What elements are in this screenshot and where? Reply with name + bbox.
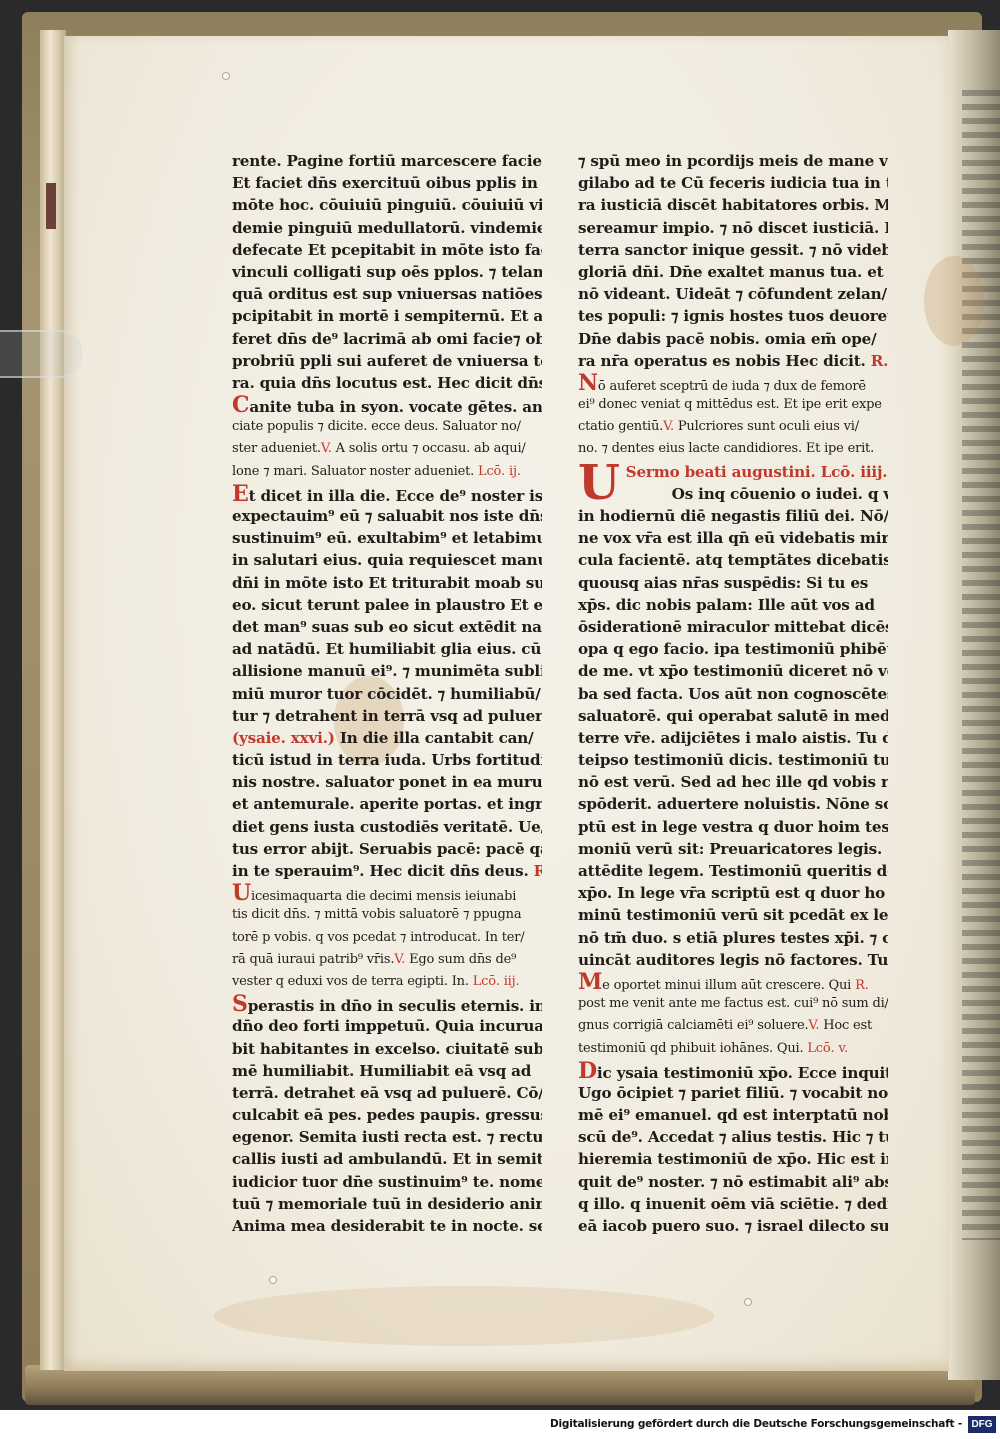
text-line: ⁊ spū meo in pcordijs meis de mane vi (578, 150, 888, 172)
text-span: diet gens iusta custodiēs veritatē. Ue/ (232, 818, 542, 836)
wormhole (744, 1298, 752, 1306)
text-span: tur ⁊ detrahent in terrā vsq ad puluerē (232, 707, 542, 725)
text-span: mōte hoc. cōuiuiū pinguiū. cōuiuiū vin (232, 196, 542, 214)
text-line: torē p vobis. q vos pcedat ⁊ introducat.… (232, 927, 542, 949)
text-span: saluatorē. qui operabat salutē in medio (578, 707, 888, 725)
text-span: gilabo ad te Cū feceris iudicia tua in t… (578, 174, 888, 192)
text-line: rā quā iuraui patrib⁹ vr̄is.V. Ego sum d… (232, 949, 542, 971)
text-line: attēdite legem. Testimoniū queritis de (578, 860, 888, 882)
text-span: bit habitantes in excelso. ciuitatē subl… (232, 1040, 542, 1058)
rubric-text: V. (321, 441, 332, 456)
text-line: Et faciet dn̄s exercituū oibus pplis in (232, 172, 542, 194)
text-line: dn̄i in mōte isto Et triturabit moab sub (232, 572, 542, 594)
text-span: In die illa cantabit can/ (335, 729, 534, 747)
text-line: ra iusticiā discēt habitatores orbis. Mi (578, 194, 888, 216)
text-span: ne vox vr̄a est illa qn̄ eū videbatis mi… (578, 529, 888, 547)
text-span: eā iacob puero suo. ⁊ israel dilecto suo… (578, 1217, 888, 1235)
rubric-text: R. (529, 862, 542, 880)
text-span: perastis in dn̄o in seculis eternis. in (248, 997, 542, 1015)
page-clip (0, 330, 82, 378)
text-span: ciate populis ⁊ dicite. ecce deus. Salua… (232, 419, 521, 434)
text-span: nō tm̄ duo. s etiā plures testes xp̄i. ⁊… (578, 929, 888, 947)
text-span: e oportet minui illum aūt crescere. Qui (602, 978, 851, 993)
text-line: tes populi: ⁊ ignis hostes tuos deuoret (578, 305, 888, 327)
text-span: tes populi: ⁊ ignis hostes tuos deuoret (578, 307, 888, 325)
text-span: terrā. detrahet eā vsq ad puluerē. Cō/ (232, 1084, 542, 1102)
text-span: ptū est in lege vestra q duor hoim testi (578, 818, 888, 836)
text-span: Anima mea desiderabit te in nocte. sed (232, 1217, 542, 1235)
text-span: defecate Et pcepitabit in mōte isto faci… (232, 241, 542, 259)
text-span: demie pinguiū medullatorū. vindemie (232, 219, 542, 237)
text-span: gloriā dn̄i. Dn̄e exaltet manus tua. et (578, 263, 883, 281)
text-span: miū muror tuor cōcidēt. ⁊ humiliabū/ (232, 685, 541, 703)
text-span: mē humiliabit. Humiliabit eā vsq ad (232, 1062, 531, 1080)
text-span: hieremia testimoniū de xp̄o. Hic est in/ (578, 1150, 888, 1168)
rubric-text: R. (851, 978, 868, 993)
text-line: Ugo ōcipiet ⁊ pariet filiū. ⁊ vocabit no… (578, 1082, 888, 1104)
text-line: quousq aias nr̄as suspēdis: Si tu es (578, 572, 888, 594)
text-span: Ego sum dn̄s de⁹ (405, 952, 516, 967)
text-line: ne vox vr̄a est illa qn̄ eū videbatis mi… (578, 527, 888, 549)
text-line: ei⁹ donec veniat q mittēdus est. Et ipe … (578, 394, 888, 416)
text-line: demie pinguiū medullatorū. vindemie (232, 217, 542, 239)
text-line: tus error abijt. Seruabis pacē: pacē qa (232, 838, 542, 860)
text-span: torē p vobis. q vos pcedat ⁊ introducat.… (232, 930, 524, 945)
text-span: nis nostre. saluator ponet in ea murus (232, 773, 542, 791)
rubric-initial: C (232, 394, 249, 416)
rubric-initial: M (578, 971, 602, 993)
text-span: quousq aias nr̄as suspēdis: Si tu es (578, 574, 868, 592)
text-line: de me. vt xp̄o testimoniū diceret nō ver… (578, 660, 888, 682)
text-line: ra nr̄a operatus es nobis Hec dicit. R. (578, 350, 888, 372)
rubric-initial: E (232, 483, 249, 505)
text-line: pcipitabit in mortē i sempiternū. Et au/ (232, 305, 542, 327)
wormhole (269, 1276, 277, 1284)
text-line: quā orditus est sup vniuersas natiōes. (232, 283, 542, 305)
text-span: terra sanctor inique gessit. ⁊ nō videbi… (578, 241, 888, 259)
text-line: vinculi colligati sup oēs pplos. ⁊ telam (232, 261, 542, 283)
text-span: eo. sicut terunt palee in plaustro Et ex… (232, 596, 542, 614)
text-line: eo. sicut terunt palee in plaustro Et ex… (232, 594, 542, 616)
text-span: quit de⁹ noster. ⁊ nō estimabit ali⁹ abs… (578, 1173, 888, 1191)
text-span: Pulcriores sunt oculi eius vi/ (674, 419, 859, 434)
foxing-stain (214, 1286, 714, 1346)
foxing-stain (924, 256, 984, 346)
text-line: terrā. detrahet eā vsq ad puluerē. Cō/ (232, 1082, 542, 1104)
text-line: Canite tuba in syon. vocate gētes. annū/… (232, 394, 542, 416)
text-span: dn̄o deo forti imppetuū. Quia incurua (232, 1017, 542, 1035)
text-span: de me. vt xp̄o testimoniū diceret nō ver… (578, 662, 888, 680)
text-line: nō est verū. Sed ad hec ille qd vobis re (578, 771, 888, 793)
text-line: Et dicet in illa die. Ecce de⁹ noster is… (232, 483, 542, 505)
text-span: ⁊ spū meo in pcordijs meis de mane vi (578, 152, 888, 170)
footer-bar: Digitalisierung gefördert durch die Deut… (0, 1410, 1000, 1439)
funding-credit: Digitalisierung gefördert durch die Deut… (550, 1418, 962, 1430)
text-line: dn̄o deo forti imppetuū. Quia incurua (232, 1015, 542, 1037)
text-line: USermo beati augustini. Lcō. iiij. (578, 461, 888, 483)
text-span: in hodiernū diē negastis filiū dei. Nō/ (578, 507, 888, 525)
text-span: ra. quia dn̄s locutus est. Hec dicit dn̄… (232, 374, 542, 392)
text-line: scū de⁹. Accedat ⁊ alius testis. Hic ⁊ t… (578, 1126, 888, 1148)
rubric-text: V. (394, 952, 405, 967)
text-column-right: ⁊ spū meo in pcordijs meis de mane vigil… (578, 150, 888, 1237)
rubric-text: Lcō. iij. (469, 974, 520, 989)
text-span: callis iusti ad ambulandū. Et in semita (232, 1150, 542, 1168)
text-span: vester q eduxi vos de terra egipti. In. (232, 974, 469, 989)
rubric-heading: Sermo beati augustini. Lcō. iiij. (626, 463, 888, 481)
text-line: hieremia testimoniū de xp̄o. Hic est in/ (578, 1148, 888, 1170)
text-line: tur ⁊ detrahent in terrā vsq ad puluerē (232, 705, 542, 727)
text-span: mē ei⁹ emanuel. qd est interptatū nobi/ (578, 1106, 888, 1124)
text-span: sereamur impio. ⁊ nō discet iusticiā. In (578, 219, 888, 237)
text-line: bit habitantes in excelso. ciuitatē subl… (232, 1038, 542, 1060)
text-span: moniū verū sit: Preuaricatores legis. (578, 840, 882, 858)
text-line: eā iacob puero suo. ⁊ israel dilecto suo… (578, 1215, 888, 1237)
text-line: Me oportet minui illum aūt crescere. Qui… (578, 971, 888, 993)
text-line: ra. quia dn̄s locutus est. Hec dicit dn̄… (232, 372, 542, 394)
text-span: ba sed facta. Uos aūt non cognoscētes (578, 685, 888, 703)
text-line: expectauim⁹ eū ⁊ saluabit nos iste dn̄s. (232, 505, 542, 527)
text-span: Et faciet dn̄s exercituū oibus pplis in (232, 174, 538, 192)
text-line: tis dicit dn̄s. ⁊ mittā vobis saluatorē … (232, 904, 542, 926)
text-span: Os inq cōuenio o iudei. q vsq (672, 485, 888, 503)
rubric-text: (ysaie. xxvi.) (232, 729, 335, 747)
text-line: terra sanctor inique gessit. ⁊ nō videbi… (578, 239, 888, 261)
text-column-left: rente. Pagine fortiū marcescere faciesEt… (232, 150, 542, 1237)
text-span: A solis ortu ⁊ occasu. ab aqui/ (332, 441, 526, 456)
text-span: ctatio gentiū. (578, 419, 663, 434)
text-line: post me venit ante me factus est. cui⁹ n… (578, 993, 888, 1015)
text-line: opa q ego facio. ipa testimoniū phibēt (578, 638, 888, 660)
text-line: ōsiderationē miraculor mittebat dicēs (578, 616, 888, 638)
book-scan: rente. Pagine fortiū marcescere faciesEt… (0, 0, 1000, 1410)
text-line: Os inq cōuenio o iudei. q vsq (626, 483, 888, 505)
text-span: Ugo ōcipiet ⁊ pariet filiū. ⁊ vocabit no… (578, 1084, 888, 1102)
text-line: ba sed facta. Uos aūt non cognoscētes (578, 683, 888, 705)
text-span: terre vr̄e. adijciētes i malo aistis. Tu… (578, 729, 888, 747)
text-line: (ysaie. xxvi.) In die illa cantabit can/ (232, 727, 542, 749)
rubric-text: V. (663, 419, 674, 434)
text-line: q illo. q inuenit oēm viā sciētie. ⁊ ded… (578, 1193, 888, 1215)
text-line: no. ⁊ dentes eius lacte candidiores. Et … (578, 438, 888, 460)
text-line: in salutari eius. quia requiescet manus (232, 549, 542, 571)
text-line: nis nostre. saluator ponet in ea murus (232, 771, 542, 793)
text-line: Nō auferet sceptrū de iuda ⁊ dux de femo… (578, 372, 888, 394)
text-span: attēdite legem. Testimoniū queritis de (578, 862, 888, 880)
text-span: et antemurale. aperite portas. et ingre/ (232, 795, 542, 813)
text-span: ei⁹ donec veniat q mittēdus est. Et ipe … (578, 397, 882, 412)
text-line: testimoniū qd phibuit iohānes. Qui. Lcō.… (578, 1038, 888, 1060)
rubric-text: V. (808, 1018, 819, 1033)
text-span: sustinuim⁹ eū. exultabim⁹ et letabimur (232, 529, 542, 547)
text-span: nō videant. Uideāt ⁊ cōfundent zelan/ (578, 285, 887, 303)
text-line: miū muror tuor cōcidēt. ⁊ humiliabū/ (232, 683, 542, 705)
text-line: et antemurale. aperite portas. et ingre/ (232, 793, 542, 815)
text-line: culcabit eā pes. pedes paupis. gressus (232, 1104, 542, 1126)
text-span: xp̄s. dic nobis palam: Ille aūt vos ad (578, 596, 875, 614)
text-span: icesimaquarta die decimi mensis ieiunabi (251, 889, 516, 904)
rubric-initial: D (578, 1060, 597, 1082)
text-line: feret dn̄s de⁹ lacrimā ab omi facie⁊ ob/ (232, 328, 542, 350)
text-span: tus error abijt. Seruabis pacē: pacē qa (232, 840, 542, 858)
text-line: ster adueniet.V. A solis ortu ⁊ occasu. … (232, 438, 542, 460)
text-line: nō videant. Uideāt ⁊ cōfundent zelan/ (578, 283, 888, 305)
text-span: pcipitabit in mortē i sempiternū. Et au/ (232, 307, 542, 325)
text-line: moniū verū sit: Preuaricatores legis. (578, 838, 888, 860)
text-line: ticū istud in terra iuda. Urbs fortitudi… (232, 749, 542, 771)
text-line: Anima mea desiderabit te in nocte. sed (232, 1215, 542, 1237)
text-line: tuū ⁊ memoriale tuū in desiderio anime (232, 1193, 542, 1215)
rubric-initial: S (232, 993, 248, 1015)
text-line: Dn̄e dabis pacē nobis. omia em̄ ope/ (578, 328, 888, 350)
text-span: t dicet in illa die. Ecce de⁹ noster ist… (249, 487, 542, 505)
text-line: allisione manuū ei⁹. ⁊ munimēta subli/ (232, 660, 542, 682)
text-span: ō auferet sceptrū de iuda ⁊ dux de femor… (598, 379, 866, 394)
text-line: probriū ppli sui auferet de vniuersa ter… (232, 350, 542, 372)
rubric-initial: U (578, 463, 620, 503)
text-line: mōte hoc. cōuiuiū pinguiū. cōuiuiū vin (232, 194, 542, 216)
text-span: testimoniū qd phibuit iohānes. Qui. (578, 1041, 803, 1056)
text-span: opa q ego facio. ipa testimoniū phibēt (578, 640, 888, 658)
rubric-text: Lcō. ij. (474, 464, 521, 479)
text-line: lone ⁊ mari. Saluator noster adueniet. L… (232, 461, 542, 483)
text-span: ticū istud in terra iuda. Urbs fortitudi… (232, 751, 542, 769)
text-span: vinculi colligati sup oēs pplos. ⁊ telam (232, 263, 542, 281)
text-span: in salutari eius. quia requiescet manus (232, 551, 542, 569)
text-line: Uicesimaquarta die decimi mensis ieiunab… (232, 882, 542, 904)
text-line: egenor. Semita iusti recta est. ⁊ rectus (232, 1126, 542, 1148)
book-cover-bottom-edge (25, 1365, 975, 1405)
text-line: quit de⁹ noster. ⁊ nō estimabit ali⁹ abs… (578, 1171, 888, 1193)
text-span: post me venit ante me factus est. cui⁹ n… (578, 996, 888, 1011)
text-line: ptū est in lege vestra q duor hoim testi (578, 816, 888, 838)
text-span: ad natādū. Et humiliabit glia eius. cū (232, 640, 541, 658)
text-span: probriū ppli sui auferet de vniuersa ter… (232, 352, 542, 370)
text-line: defecate Et pcepitabit in mōte isto faci… (232, 239, 542, 261)
text-span: culcabit eā pes. pedes paupis. gressus (232, 1106, 542, 1124)
text-span: cula facientē. atq temptātes dicebatis: (578, 551, 888, 569)
text-line: teipso testimoniū dicis. testimoniū tuū (578, 749, 888, 771)
text-line: uincāt auditores legis nō factores. Tu (578, 949, 888, 971)
text-line: vester q eduxi vos de terra egipti. In. … (232, 971, 542, 993)
text-span: feret dn̄s de⁹ lacrimā ab omi facie⁊ ob/ (232, 330, 542, 348)
text-line: sereamur impio. ⁊ nō discet iusticiā. In (578, 217, 888, 239)
text-line: in te sperauim⁹. Hec dicit dn̄s deus. R. (232, 860, 542, 882)
text-line: nō tm̄ duo. s etiā plures testes xp̄i. ⁊… (578, 927, 888, 949)
text-span: q illo. q inuenit oēm viā sciētie. ⁊ ded… (578, 1195, 888, 1213)
text-span: spōderit. aduertere noluistis. Nōne scri (578, 795, 888, 813)
text-span: gnus corrigiā calciamēti ei⁹ soluere. (578, 1018, 808, 1033)
text-span: xp̄o. In lege vr̄a scriptū est q duor ho (578, 884, 885, 902)
text-span: ra iusticiā discēt habitatores orbis. Mi (578, 196, 888, 214)
text-span: tuū ⁊ memoriale tuū in desiderio anime (232, 1195, 542, 1213)
text-span: in te sperauim⁹. Hec dicit dn̄s deus. (232, 862, 529, 880)
text-line: callis iusti ad ambulandū. Et in semita (232, 1148, 542, 1170)
text-span: scū de⁹. Accedat ⁊ alius testis. Hic ⁊ t… (578, 1128, 888, 1146)
text-span: dn̄i in mōte isto Et triturabit moab sub (232, 574, 542, 592)
text-span: ra nr̄a operatus es nobis Hec dicit. (578, 352, 866, 370)
text-span: lone ⁊ mari. Saluator noster adueniet. (232, 464, 474, 479)
text-span: egenor. Semita iusti recta est. ⁊ rectus (232, 1128, 542, 1146)
page-stack-left-edge (40, 30, 66, 1370)
text-span: rente. Pagine fortiū marcescere facies (232, 152, 542, 170)
text-line: diet gens iusta custodiēs veritatē. Ue/ (232, 816, 542, 838)
text-span: allisione manuū ei⁹. ⁊ munimēta subli/ (232, 662, 542, 680)
text-line: spōderit. aduertere noluistis. Nōne scri (578, 793, 888, 815)
bookmark-ribbon (46, 183, 56, 229)
text-span: nō est verū. Sed ad hec ille qd vobis re (578, 773, 888, 791)
text-span: det man⁹ suas sub eo sicut extēdit natās (232, 618, 542, 636)
text-span: ster adueniet. (232, 441, 321, 456)
text-span: ic ysaia testimoniū xp̄o. Ecce inquit (597, 1064, 888, 1082)
rubric-text: R. (866, 352, 888, 370)
text-span: rā quā iuraui patrib⁹ vr̄is. (232, 952, 394, 967)
text-line: terre vr̄e. adijciētes i malo aistis. Tu… (578, 727, 888, 749)
text-line: mē ei⁹ emanuel. qd est interptatū nobi/ (578, 1104, 888, 1126)
text-span: uincāt auditores legis nō factores. Tu (578, 951, 888, 969)
text-span: Hoc est (819, 1018, 872, 1033)
text-line: minū testimoniū verū sit pcedāt ex lege (578, 904, 888, 926)
text-line: saluatorē. qui operabat salutē in medio (578, 705, 888, 727)
text-line: ad natādū. Et humiliabit glia eius. cū (232, 638, 542, 660)
dfg-logo[interactable]: DFG (968, 1416, 996, 1433)
text-span: expectauim⁹ eū ⁊ saluabit nos iste dn̄s. (232, 507, 542, 525)
text-span: no. ⁊ dentes eius lacte candidiores. Et … (578, 441, 874, 456)
text-span: anite tuba in syon. vocate gētes. annū/ (249, 398, 542, 416)
text-span: Dn̄e dabis pacē nobis. omia em̄ ope/ (578, 330, 876, 348)
wormhole (222, 72, 230, 80)
text-span: ōsiderationē miraculor mittebat dicēs (578, 618, 888, 636)
text-line: cula facientē. atq temptātes dicebatis: (578, 549, 888, 571)
text-line: gnus corrigiā calciamēti ei⁹ soluere.V. … (578, 1015, 888, 1037)
text-line: gloriā dn̄i. Dn̄e exaltet manus tua. et (578, 261, 888, 283)
text-line: Dic ysaia testimoniū xp̄o. Ecce inquit (578, 1060, 888, 1082)
text-line: ctatio gentiū.V. Pulcriores sunt oculi e… (578, 416, 888, 438)
text-span: iudicior tuor dn̄e sustinuim⁹ te. nomen (232, 1173, 542, 1191)
rubric-text: Lcō. v. (803, 1041, 847, 1056)
text-line: rente. Pagine fortiū marcescere facies (232, 150, 542, 172)
rubric-initial: N (578, 372, 598, 394)
text-line: mē humiliabit. Humiliabit eā vsq ad (232, 1060, 542, 1082)
text-line: det man⁹ suas sub eo sicut extēdit natās (232, 616, 542, 638)
text-span: tis dicit dn̄s. ⁊ mittā vobis saluatorē … (232, 907, 521, 922)
text-line: iudicior tuor dn̄e sustinuim⁹ te. nomen (232, 1171, 542, 1193)
text-line: xp̄o. In lege vr̄a scriptū est q duor ho (578, 882, 888, 904)
text-line: xp̄s. dic nobis palam: Ille aūt vos ad (578, 594, 888, 616)
text-span: minū testimoniū verū sit pcedāt ex lege (578, 906, 888, 924)
text-line: in hodiernū diē negastis filiū dei. Nō/ (578, 505, 888, 527)
text-line: sustinuim⁹ eū. exultabim⁹ et letabimur (232, 527, 542, 549)
text-line: ciate populis ⁊ dicite. ecce deus. Salua… (232, 416, 542, 438)
text-line: Sperastis in dn̄o in seculis eternis. in (232, 993, 542, 1015)
text-span: quā orditus est sup vniuersas natiōes. (232, 285, 542, 303)
rubric-initial: U (232, 882, 251, 904)
text-line: gilabo ad te Cū feceris iudicia tua in t… (578, 172, 888, 194)
text-span: teipso testimoniū dicis. testimoniū tuū (578, 751, 888, 769)
